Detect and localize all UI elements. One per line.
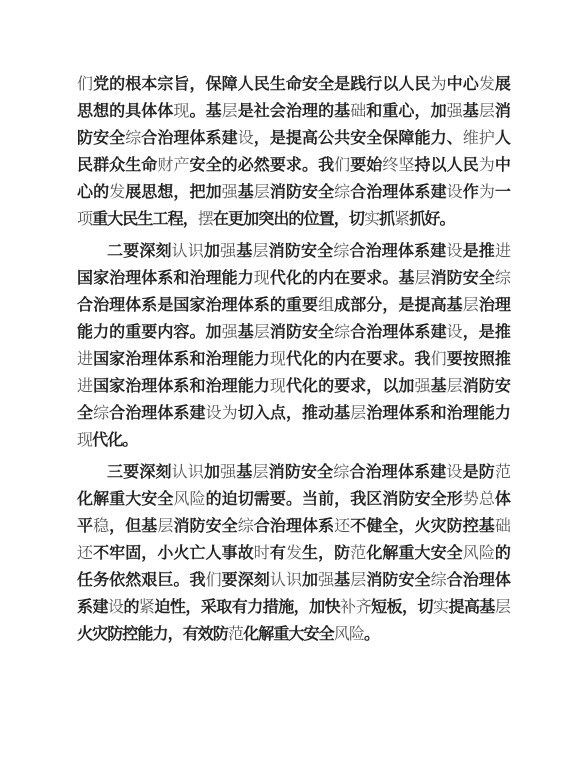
text-line: 还不牢固，小火亡人事故时有发生，防范化解重大安全风险的 [77, 540, 510, 567]
text-line: 现代化。 [77, 427, 510, 454]
document-page: 们党的根本宗旨，保障人民生命安全是践行以人民为中心发展 思想的具体体现。基层是社… [0, 0, 586, 759]
text-line: 平稳，但基层消防安全综合治理体系还不健全，火灾防控基础 [77, 513, 510, 540]
text-line: 民群众生命财产安全的必然要求。我们要始终坚持以人民为中 [77, 152, 510, 179]
text-line: 任务依然艰巨。我们要深刻认识加强基层消防安全综合治理体 [77, 567, 510, 594]
text-line: 国家治理体系和治理能力现代化的内在要求。基层消防安全综 [77, 265, 510, 292]
text-line: 能力的重要内容。加强基层消防安全综合治理体系建设，是推 [77, 319, 510, 346]
text-line: 系建设的紧迫性，采取有力措施，加快补齐短板，切实提高基层 [77, 594, 510, 621]
text-block: 们党的根本宗旨，保障人民生命安全是践行以人民为中心发展 思想的具体体现。基层是社… [77, 71, 510, 648]
text-line: 合治理体系是国家治理体系的重要组成部分，是提高基层治理 [77, 292, 510, 319]
text-line: 二要深刻认识加强基层消防安全综合治理体系建设是推进 [77, 238, 510, 265]
text-line: 防安全综合治理体系建设，是提高公共安全保障能力、维护人 [77, 125, 510, 152]
text-line: 项重大民生工程，摆在更加突出的位置，切实抓紧抓好。 [77, 206, 510, 233]
text-line: 心的发展思想，把加强基层消防安全综合治理体系建设作为一 [77, 179, 510, 206]
text-line: 火灾防控能力，有效防范化解重大安全风险。 [77, 621, 510, 648]
paragraph-3: 三要深刻认识加强基层消防安全综合治理体系建设是防范 化解重大安全风险的迫切需要。… [77, 459, 510, 648]
text-line: 全综合治理体系建设为切入点，推动基层治理体系和治理能力 [77, 400, 510, 427]
text-line: 进国家治理体系和治理能力现代化的内在要求。我们要按照推 [77, 346, 510, 373]
paragraph-1: 们党的根本宗旨，保障人民生命安全是践行以人民为中心发展 思想的具体体现。基层是社… [77, 71, 510, 233]
text-line: 们党的根本宗旨，保障人民生命安全是践行以人民为中心发展 [77, 71, 510, 98]
text-line: 三要深刻认识加强基层消防安全综合治理体系建设是防范 [77, 459, 510, 486]
text-line: 思想的具体体现。基层是社会治理的基础和重心，加强基层消 [77, 98, 510, 125]
paragraph-2: 二要深刻认识加强基层消防安全综合治理体系建设是推进 国家治理体系和治理能力现代化… [77, 238, 510, 454]
text-line: 进国家治理体系和治理能力现代化的要求，以加强基层消防安 [77, 373, 510, 400]
text-line: 化解重大安全风险的迫切需要。当前，我区消防安全形势总体 [77, 486, 510, 513]
